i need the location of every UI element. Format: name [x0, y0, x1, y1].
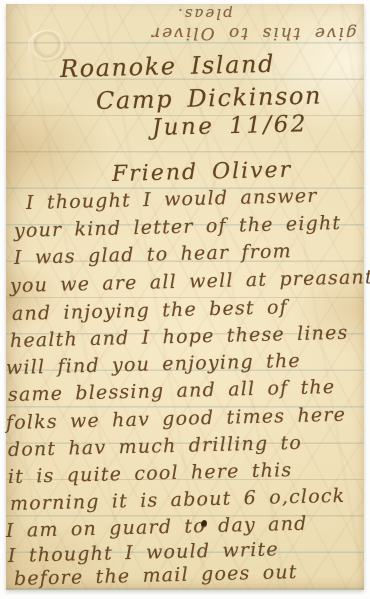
- letter-scan: pleas. I give this to Oliver Roanoke Isl…: [0, 0, 370, 599]
- salutation: Friend Oliver: [112, 160, 293, 186]
- heading-date: June 11/62: [152, 113, 309, 140]
- upside-down-note-line2: pleas.: [176, 6, 233, 21]
- heading-camp: Camp Dickinson: [96, 83, 323, 113]
- upside-down-note-line1: I give this to Oliver: [150, 24, 370, 41]
- heading-place: Roanoke Island: [60, 52, 276, 81]
